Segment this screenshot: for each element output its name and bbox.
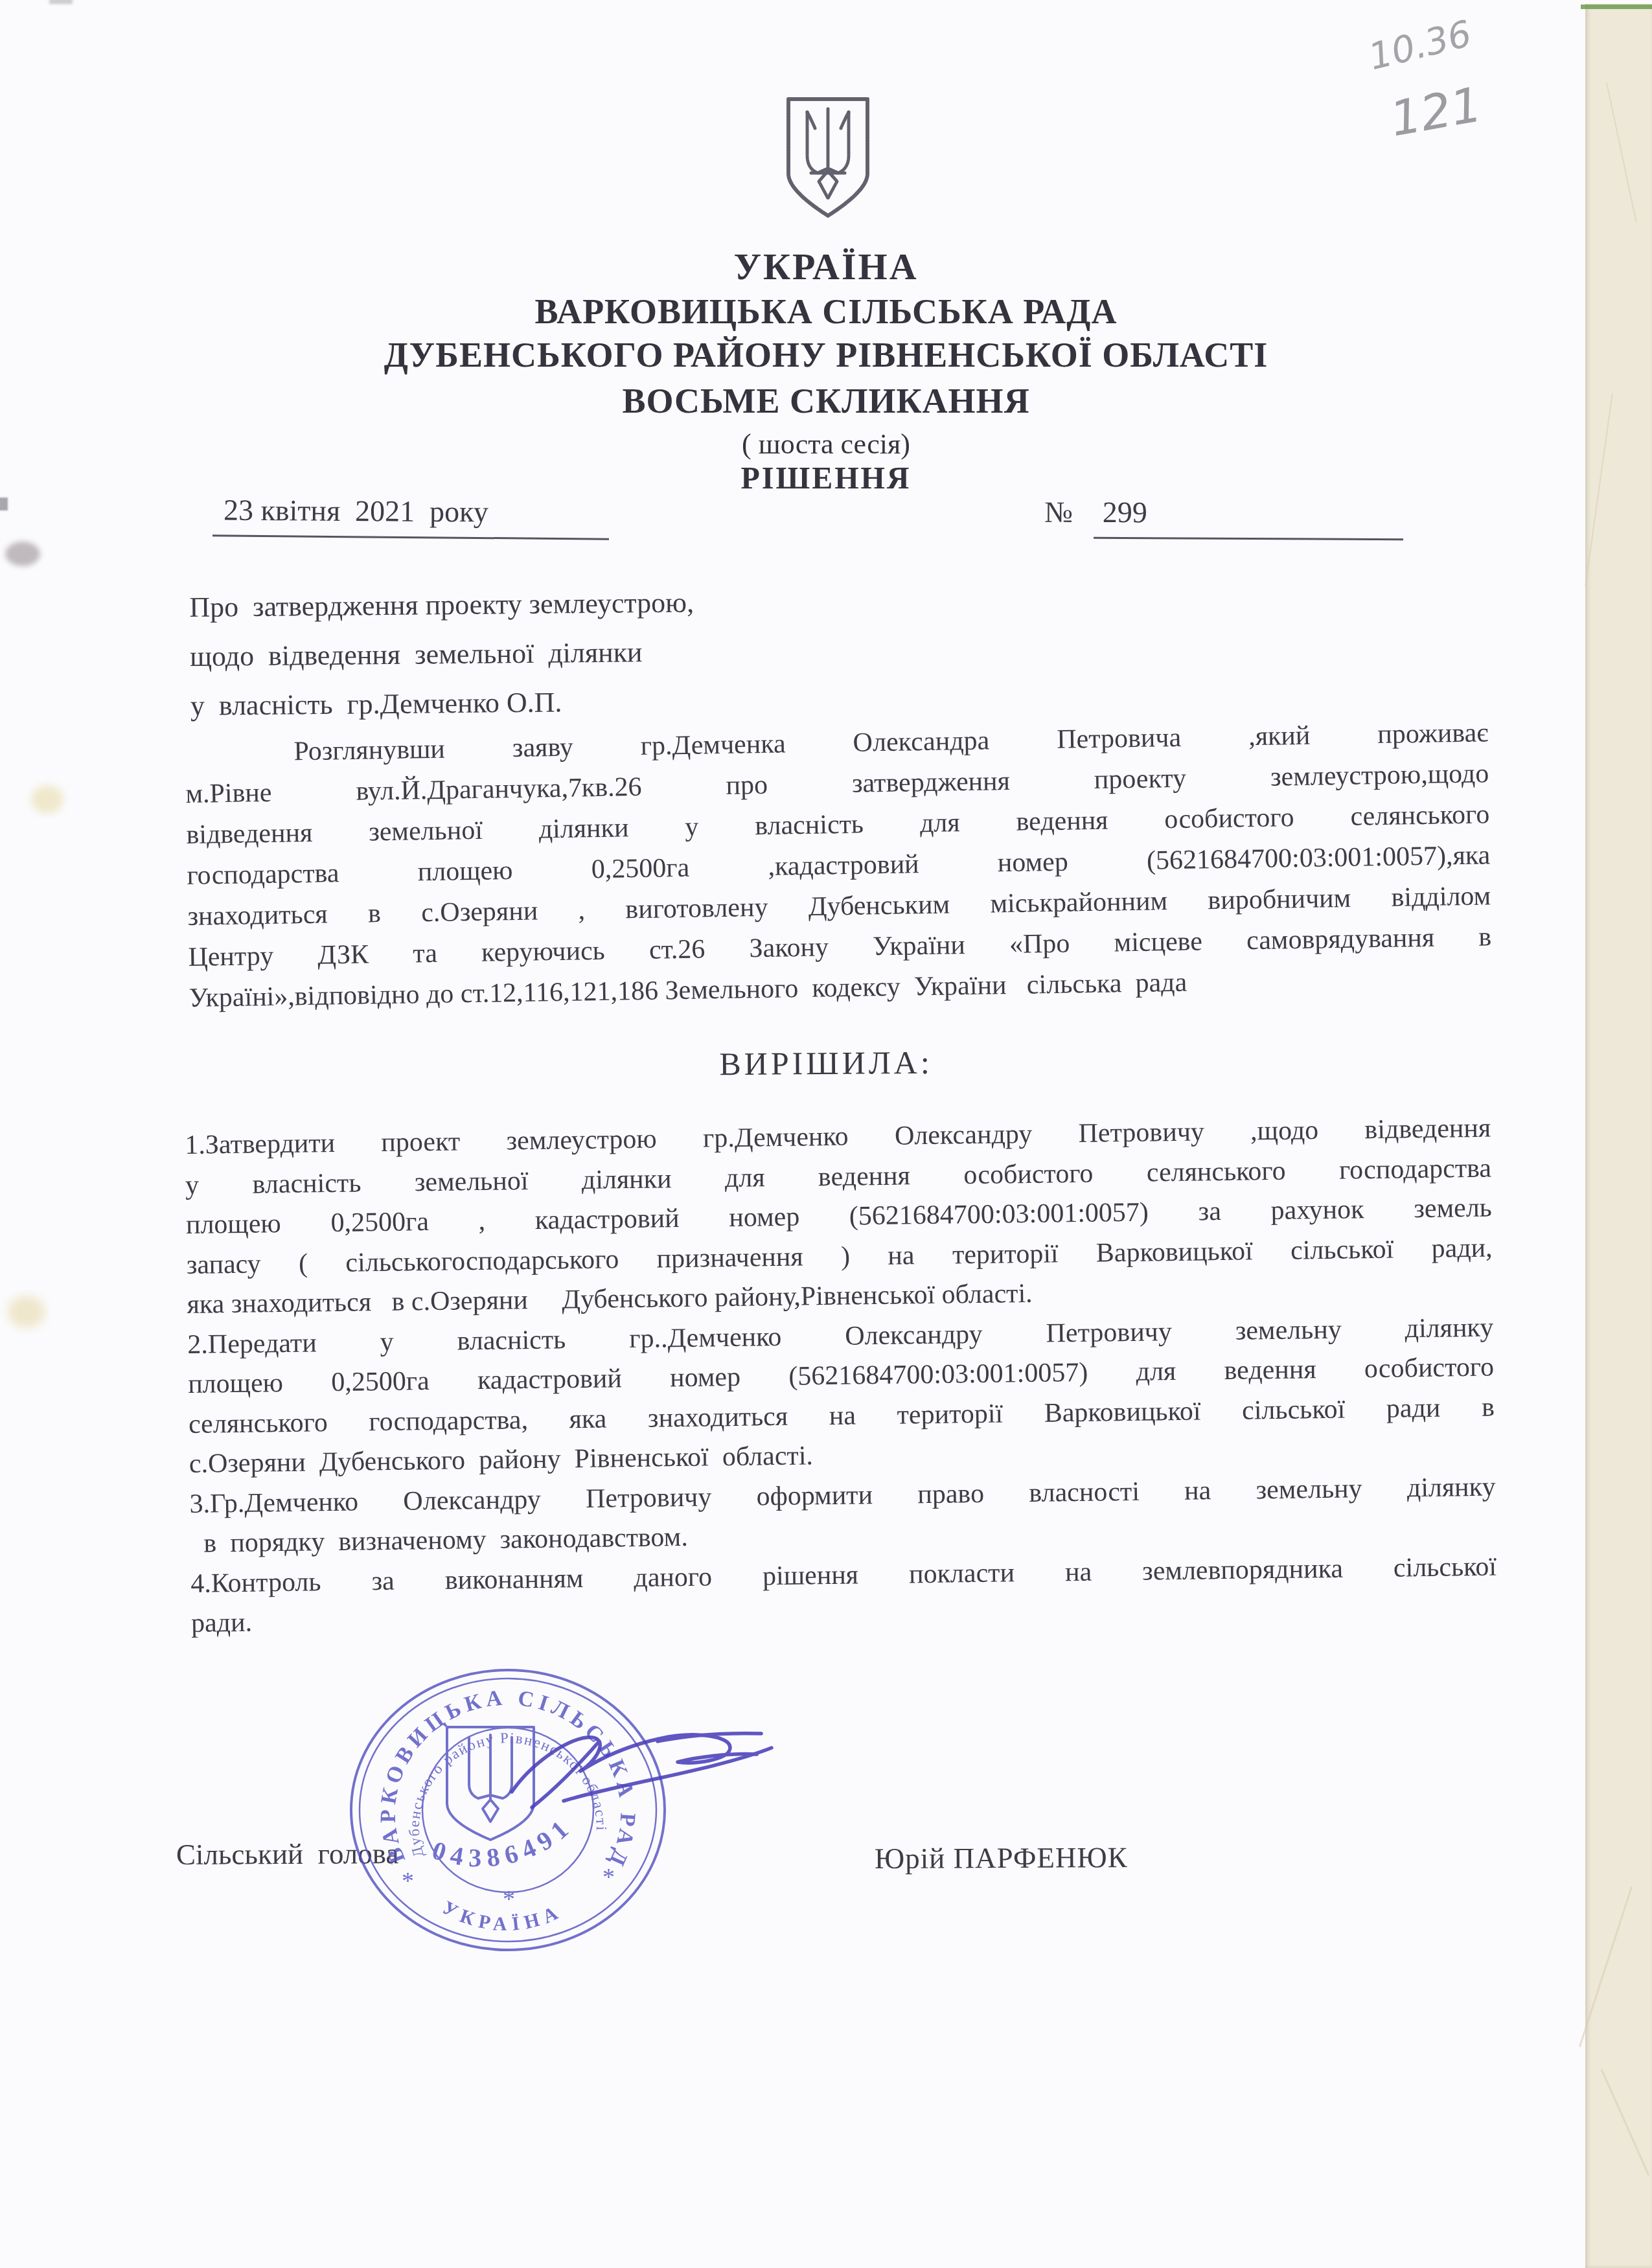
handwritten-note-bottom: 121 xyxy=(1386,76,1486,147)
scan-smudge xyxy=(0,498,8,510)
subject-line: у власність гр.Демченко О.П. xyxy=(190,676,786,731)
subject-line: щодо відведення земельної ділянки xyxy=(190,626,786,682)
document-number: 299 xyxy=(1103,495,1147,529)
handwritten-note-top: 10.36 xyxy=(1365,13,1476,79)
document-type-title: РІШЕННЯ xyxy=(0,461,1652,496)
document-date: 23 квітня 2021 року xyxy=(224,493,488,529)
signatory-name: Юрій ПАРФЕНЮК xyxy=(875,1840,1128,1875)
header-session: ( шоста сесія) xyxy=(0,428,1652,461)
subject-block: Про затвердження проекту землеустрою, що… xyxy=(189,577,786,731)
document-number-row: № 299 xyxy=(1044,495,1147,530)
resolution-items: 1.Затвердити проект землеустрою гр.Демче… xyxy=(185,1109,1497,1644)
scan-smudge xyxy=(5,542,40,566)
stamp-star-center: * xyxy=(503,1886,515,1913)
scan-stain xyxy=(31,785,63,814)
subject-line: Про затвердження проекту землеустрою, xyxy=(189,577,786,632)
resolved-heading: ВИРІШИЛА: xyxy=(0,1038,1652,1088)
scan-green-line xyxy=(1581,5,1652,9)
number-underline xyxy=(1094,537,1403,541)
date-underline xyxy=(212,534,609,540)
header-country: УКРАЇНА xyxy=(0,245,1652,288)
number-sign: № xyxy=(1044,495,1073,529)
scan-stain xyxy=(8,1296,45,1328)
header-convocation: ВОСЬМЕ СКЛИКАННЯ xyxy=(0,381,1652,421)
stamp-star-right: * xyxy=(602,1864,615,1891)
preamble-paragraph: Розглянувши заяву гр.Демченка Олександра… xyxy=(185,713,1493,1019)
header-council-name: ВАРКОВИЦЬКА СІЛЬСЬКА РАДА xyxy=(0,292,1652,332)
handwritten-signature xyxy=(502,1702,782,1827)
scanned-document-page: 10.36 121 УКРАЇНА ВАРКОВИЦЬКА СІЛЬСЬКА Р… xyxy=(0,0,1652,2268)
stamp-star-left: * xyxy=(402,1868,414,1895)
ukraine-trident-emblem-icon xyxy=(781,95,875,222)
scan-smudge xyxy=(49,0,73,4)
header-district: ДУБЕНСЬКОГО РАЙОНУ РІВНЕНСЬКОЇ ОБЛАСТІ xyxy=(0,335,1652,375)
